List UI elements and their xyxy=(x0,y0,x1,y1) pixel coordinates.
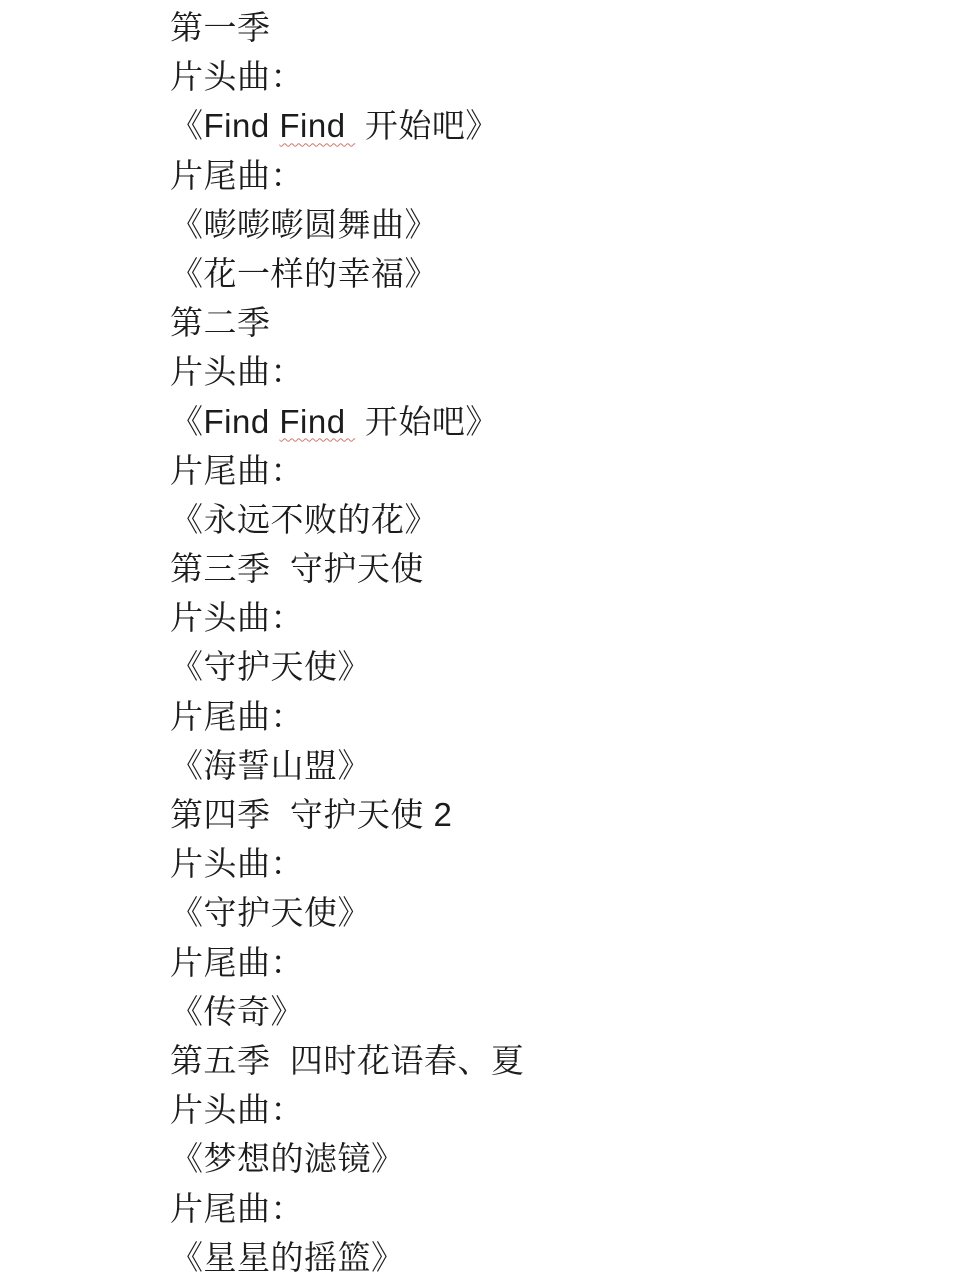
text-line-song-title: 《传奇》 xyxy=(170,987,940,1036)
text-line-ending-label: 片尾曲： xyxy=(170,692,940,741)
text-line-season-5: 第五季 四时花语春、夏 xyxy=(170,1036,940,1085)
text-line-opening-label: 片头曲： xyxy=(170,839,940,888)
text-line-song-title: 《守护天使》 xyxy=(170,888,940,937)
text-line-opening-label: 片头曲： xyxy=(170,347,940,396)
text-line-season-1: 第一季 xyxy=(170,3,940,52)
misspelled-word: Find xyxy=(279,403,355,440)
text-line-season-4: 第四季 守护天使 2 xyxy=(170,790,940,839)
misspelled-word: Find xyxy=(279,107,355,144)
text-line-song-title: 《永远不败的花》 xyxy=(170,495,940,544)
text-line-ending-label: 片尾曲： xyxy=(170,151,940,200)
text-line-song-title: 《嘭嘭嘭圆舞曲》 xyxy=(170,200,940,249)
text-line-season-3: 第三季 守护天使 xyxy=(170,544,940,593)
text-line-ending-label: 片尾曲： xyxy=(170,1184,940,1233)
text-line-song-title: 《守护天使》 xyxy=(170,642,940,691)
document-page: 第一季 片头曲： 《Find Find 开始吧》 片尾曲： 《嘭嘭嘭圆舞曲》 《… xyxy=(0,0,960,1280)
song-title-post: 开始吧》 xyxy=(355,107,499,144)
text-line-song-title: 《Find Find 开始吧》 xyxy=(170,101,940,150)
text-line-season-2: 第二季 xyxy=(170,298,940,347)
text-line-opening-label: 片头曲： xyxy=(170,52,940,101)
text-line-opening-label: 片头曲： xyxy=(170,593,940,642)
text-line-song-title: 《星星的摇篮》 xyxy=(170,1233,940,1280)
song-title-post: 开始吧》 xyxy=(355,403,499,440)
text-line-song-title: 《海誓山盟》 xyxy=(170,741,940,790)
text-line-song-title: 《梦想的滤镜》 xyxy=(170,1134,940,1183)
text-line-song-title: 《花一样的幸福》 xyxy=(170,249,940,298)
text-line-opening-label: 片头曲： xyxy=(170,1085,940,1134)
text-line-ending-label: 片尾曲： xyxy=(170,446,940,495)
text-line-song-title: 《Find Find 开始吧》 xyxy=(170,397,940,446)
song-title-pre: 《Find xyxy=(170,403,279,440)
text-line-ending-label: 片尾曲： xyxy=(170,938,940,987)
song-title-pre: 《Find xyxy=(170,107,279,144)
